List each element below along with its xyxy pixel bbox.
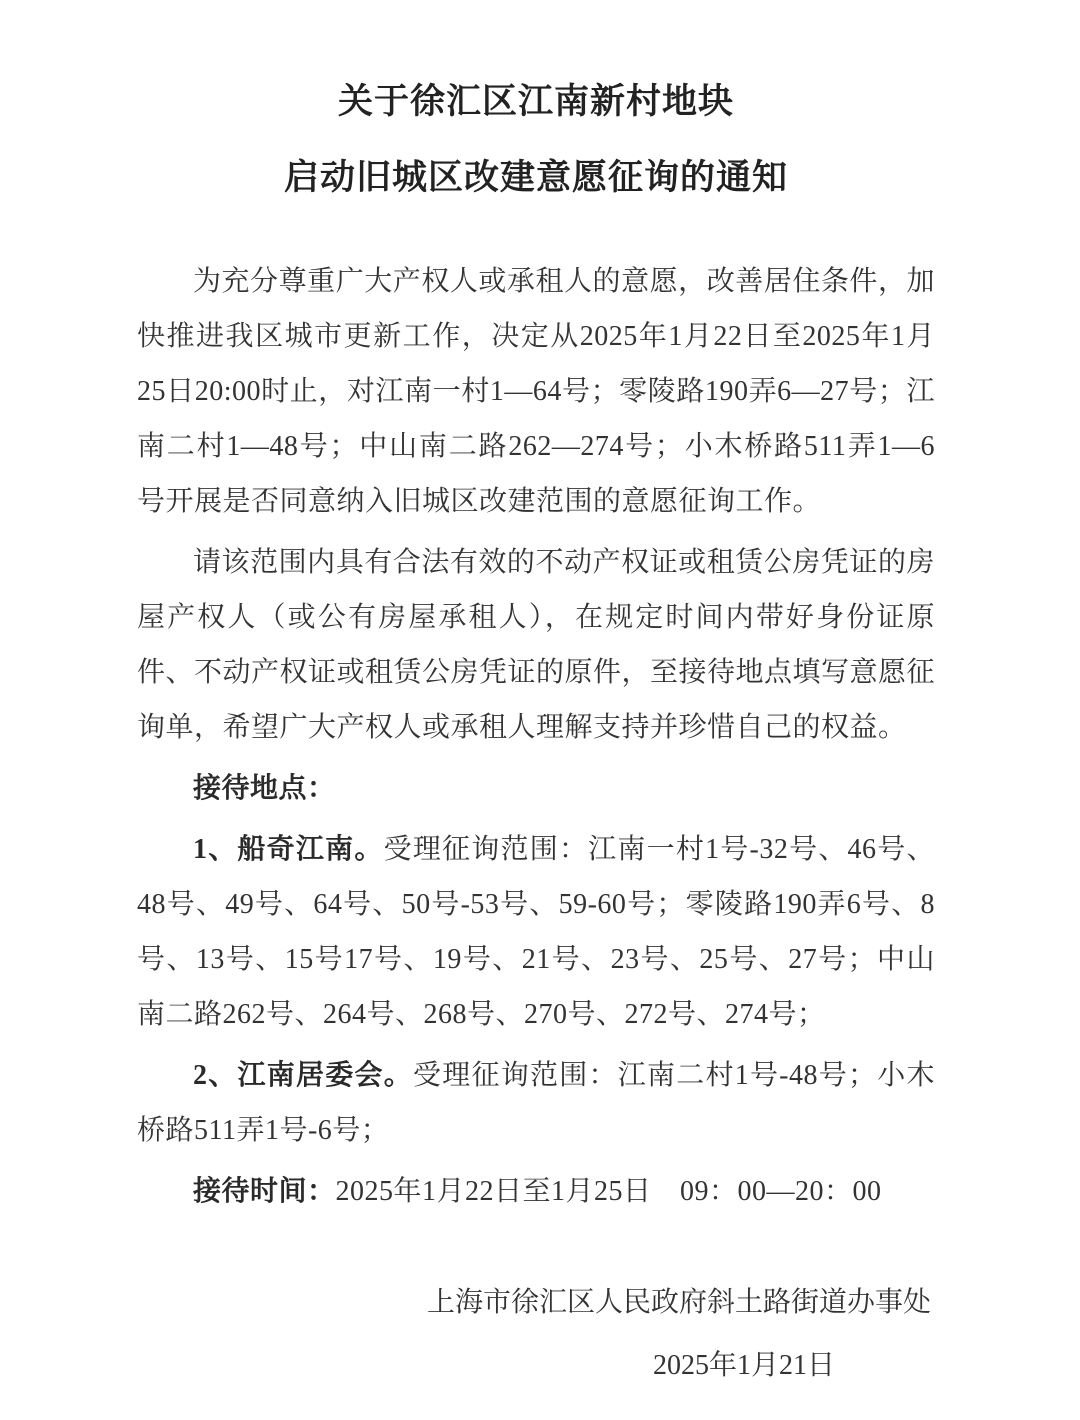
signature-organization: 上海市徐汇区人民政府斜土路街道办事处 xyxy=(137,1275,935,1330)
paragraph-intro-text: 为充分尊重广大产权人或承租人的意愿，改善居住条件，加快推进我区城市更新工作，决定… xyxy=(137,266,935,517)
location-item-2: 2、江南居委会。受理征询范围：江南二村1号-48号；小木桥路511弄1号-6号； xyxy=(137,1048,935,1158)
location-item-1: 1、船奇江南。受理征询范围：江南一村1号-32号、46号、48号、49号、64号… xyxy=(137,822,935,1042)
reception-time-lead: 接待时间： xyxy=(193,1176,336,1207)
reception-locations-heading-lead: 接待地点： xyxy=(193,773,336,804)
signature-block: 上海市徐汇区人民政府斜土路街道办事处 2025年1月21日 xyxy=(137,1275,935,1393)
location-item-2-lead: 2、江南居委会。 xyxy=(193,1060,413,1091)
notice-title-line1: 关于徐汇区江南新村地块 xyxy=(137,78,935,126)
reception-time: 接待时间：2025年1月22日至1月25日 09：00—20：00 xyxy=(137,1164,935,1219)
paragraph-instructions-text: 请该范围内具有合法有效的不动产权证或租赁公房凭证的房屋产权人（或公有房屋承租人）… xyxy=(137,547,935,743)
notice-document: 关于徐汇区江南新村地块 启动旧城区改建意愿征询的通知 为充分尊重广大产权人或承租… xyxy=(0,0,1080,1420)
location-item-1-lead: 1、船奇江南。 xyxy=(193,834,384,865)
signature-date: 2025年1月21日 xyxy=(137,1338,935,1393)
reception-time-text: 2025年1月22日至1月25日 09：00—20：00 xyxy=(336,1176,882,1207)
paragraph-instructions: 请该范围内具有合法有效的不动产权证或租赁公房凭证的房屋产权人（或公有房屋承租人）… xyxy=(137,535,935,755)
paragraph-intro: 为充分尊重广大产权人或承租人的意愿，改善居住条件，加快推进我区城市更新工作，决定… xyxy=(137,254,935,529)
notice-body: 为充分尊重广大产权人或承租人的意愿，改善居住条件，加快推进我区城市更新工作，决定… xyxy=(137,254,935,1219)
notice-title-line2: 启动旧城区改建意愿征询的通知 xyxy=(137,154,935,202)
reception-locations-heading: 接待地点： xyxy=(137,761,935,816)
